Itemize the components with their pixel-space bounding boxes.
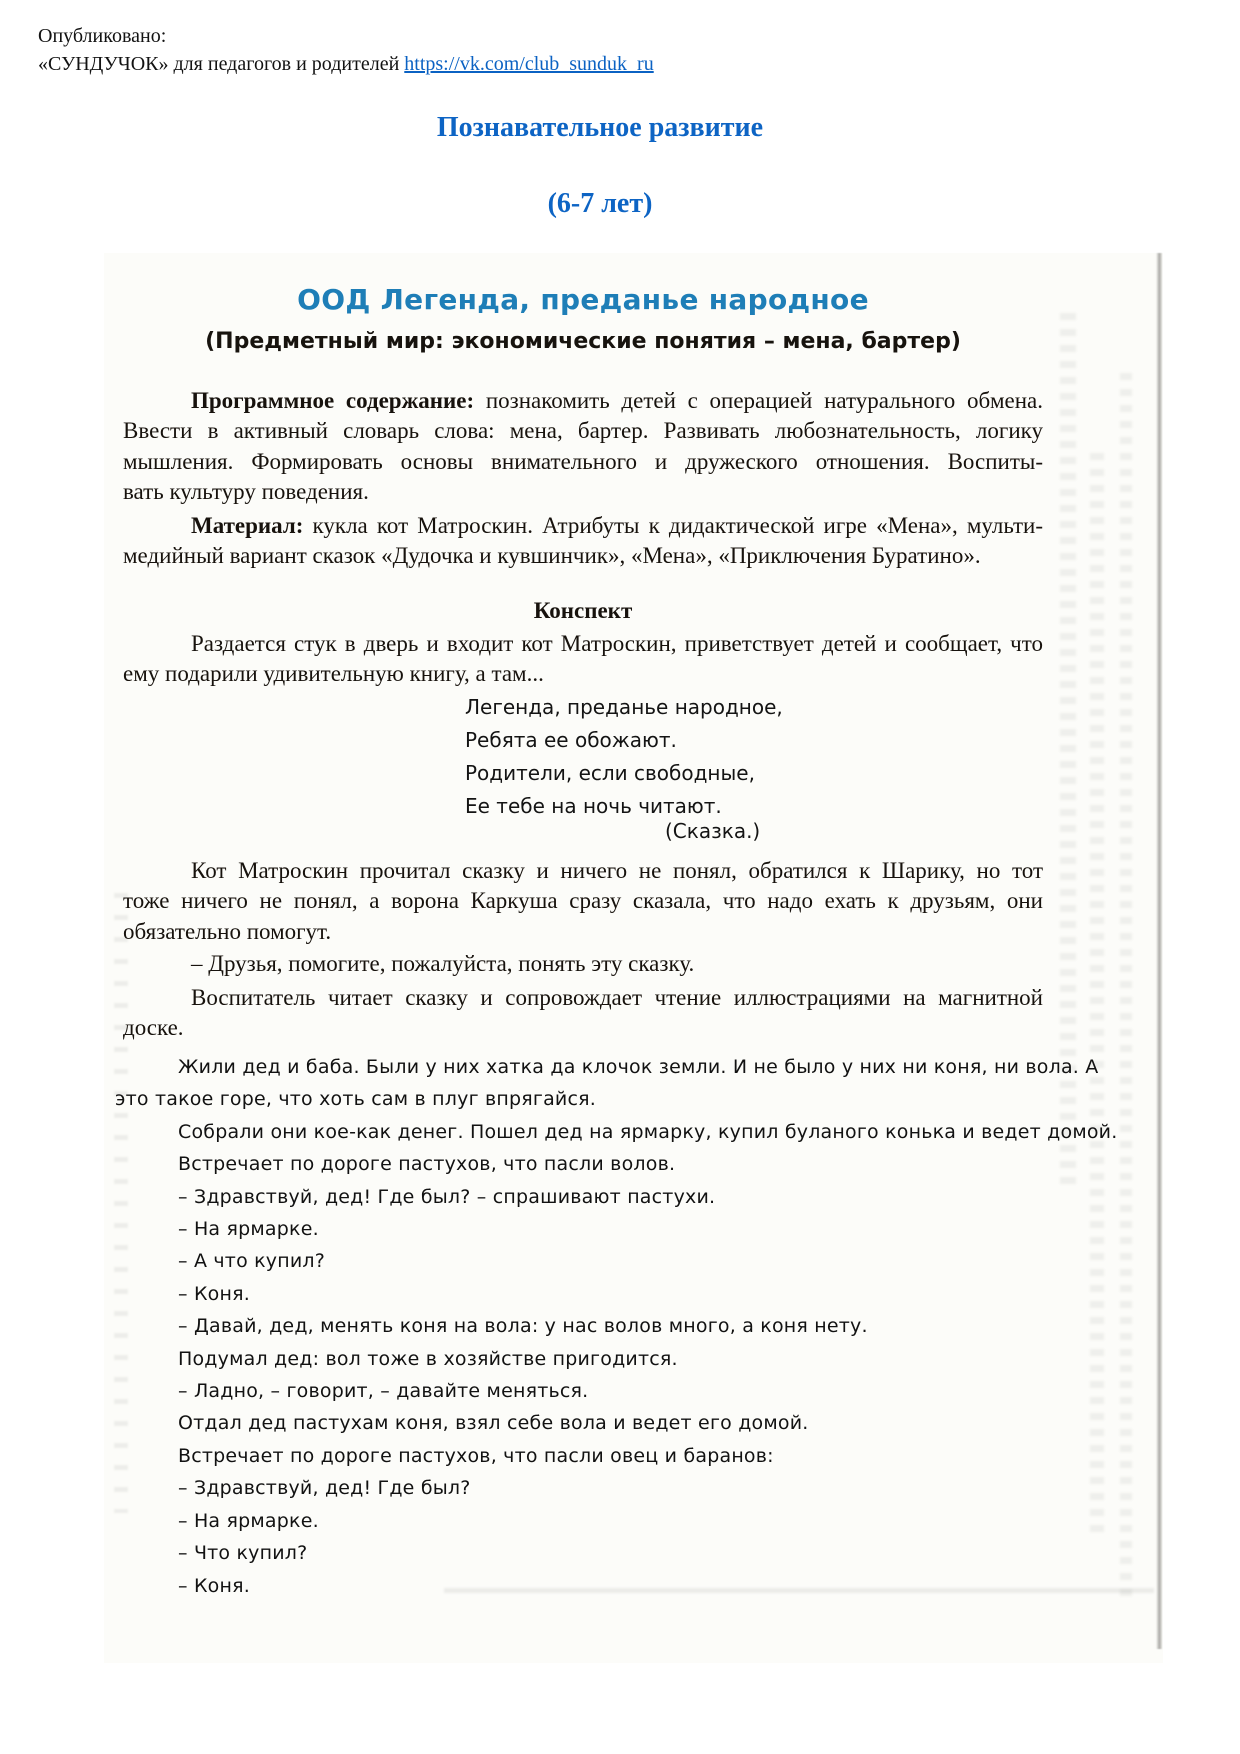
intro-paragraph: Раздается стук в дверь и входит кот Матр… [123, 629, 1043, 690]
tale-line: Подумал дед: вол тоже в хозяйстве пригод… [115, 1343, 1150, 1375]
source-text: «СУНДУЧОК» для педагогов и родителей [38, 53, 404, 75]
request-paragraph: – Друзья, помогите, пожалуйста, понять э… [123, 949, 1043, 979]
text-line: мышления. Формировать основы внимательно… [123, 447, 1043, 477]
poem-line: Родители, если свободные, [465, 757, 783, 790]
text-line: обязательно помогут. [123, 917, 1043, 947]
tale-line: – Коня. [115, 1570, 1150, 1602]
tale-line: Встречает по дороге пастухов, что пасли … [115, 1148, 1150, 1180]
tale-line: – Ладно, – говорит, – давайте меняться. [115, 1375, 1150, 1407]
scanned-page: ООД Легенда, преданье народное (Предметн… [104, 253, 1163, 1663]
program-label: Программное содержание: [191, 388, 474, 413]
lesson-subject-line: (Предметный мир: экономические понятия –… [104, 329, 1062, 354]
tale-line: – На ярмарке. [115, 1505, 1150, 1537]
tale-line: Жили дед и баба. Были у них хатка да кло… [115, 1051, 1150, 1083]
text-line: тоже ничего не понял, а ворона Каркуша с… [123, 886, 1043, 916]
text-line: Ввести в активный словарь слова: мена, б… [123, 416, 1043, 446]
text-line: вать культуру поведения. [123, 477, 1043, 507]
age-subtitle: (6-7 лет) [0, 188, 1200, 220]
program-lead-line: Программное содержание: познакомить дете… [123, 386, 1043, 416]
published-label: Опубликовано: [38, 22, 654, 50]
request-line: – Друзья, помогите, пожалуйста, понять э… [123, 949, 1043, 979]
reaction-paragraph: Кот Матроскин прочитал сказку и ничего н… [123, 856, 1043, 947]
material-paragraph: Материал: кукла кот Матроскин. Атрибуты … [123, 511, 1043, 572]
summary-heading: Конспект [123, 598, 1043, 624]
program-paragraph: Программное содержание: познакомить дете… [123, 386, 1043, 507]
tale-line: Собрали они кое-как денег. Пошел дед на … [115, 1116, 1150, 1148]
lesson-title: ООД Легенда, преданье народное [123, 283, 1043, 316]
poem-line: Ребята ее обожают. [465, 724, 783, 757]
source-link[interactable]: https://vk.com/club_sunduk_ru [404, 53, 653, 75]
tale-line: – Коня. [115, 1278, 1150, 1310]
text-line: медийный вариант сказок «Дудочка и кувши… [123, 541, 1043, 571]
text-line: Воспитатель читает сказку и сопровождает… [123, 983, 1043, 1013]
text-line: ему подарили удивительную книгу, а там..… [123, 659, 1043, 689]
section-title: Познавательное развитие [0, 112, 1200, 144]
text-line: Раздается стук в дверь и входит кот Матр… [123, 629, 1043, 659]
tale-line: – А что купил? [115, 1245, 1150, 1277]
tale-line: Встречает по дороге пастухов, что пасли … [115, 1440, 1150, 1472]
tale-line: это такое горе, что хоть сам в плуг впря… [115, 1083, 1150, 1115]
tale-line: – На ярмарке. [115, 1213, 1150, 1245]
tale-line: Отдал дед пастухам коня, взял себе вола … [115, 1407, 1150, 1439]
publication-header: Опубликовано: «СУНДУЧОК» для педагогов и… [38, 22, 654, 78]
poem: Легенда, преданье народное,Ребята ее обо… [465, 691, 783, 823]
document-page: Опубликовано: «СУНДУЧОК» для педагогов и… [0, 0, 1240, 1754]
tale-line: – Давай, дед, менять коня на вола: у нас… [115, 1310, 1150, 1342]
program-lead-text: познакомить детей с операцией натурально… [474, 388, 1043, 413]
material-lead-line: Материал: кукла кот Матроскин. Атрибуты … [123, 511, 1043, 541]
material-lead-text: кукла кот Матроскин. Атрибуты к дидактич… [303, 513, 1043, 538]
tale-line: – Что купил? [115, 1537, 1150, 1569]
material-label: Материал: [191, 513, 303, 538]
teacher-paragraph: Воспитатель читает сказку и сопровождает… [123, 983, 1043, 1044]
poem-line: Легенда, преданье народное, [465, 691, 783, 724]
text-line: Кот Матроскин прочитал сказку и ничего н… [123, 856, 1043, 886]
tale-line: – Здравствуй, дед! Где был? [115, 1472, 1150, 1504]
text-line: доске. [123, 1013, 1043, 1043]
published-source-line: «СУНДУЧОК» для педагогов и родителей htt… [38, 50, 654, 78]
poem-attribution: (Сказка.) [665, 819, 760, 843]
tale-text: Жили дед и баба. Были у них хатка да кло… [115, 1051, 1150, 1602]
tale-line: – Здравствуй, дед! Где был? – спрашивают… [115, 1181, 1150, 1213]
page-edge-shadow [1156, 253, 1162, 1649]
